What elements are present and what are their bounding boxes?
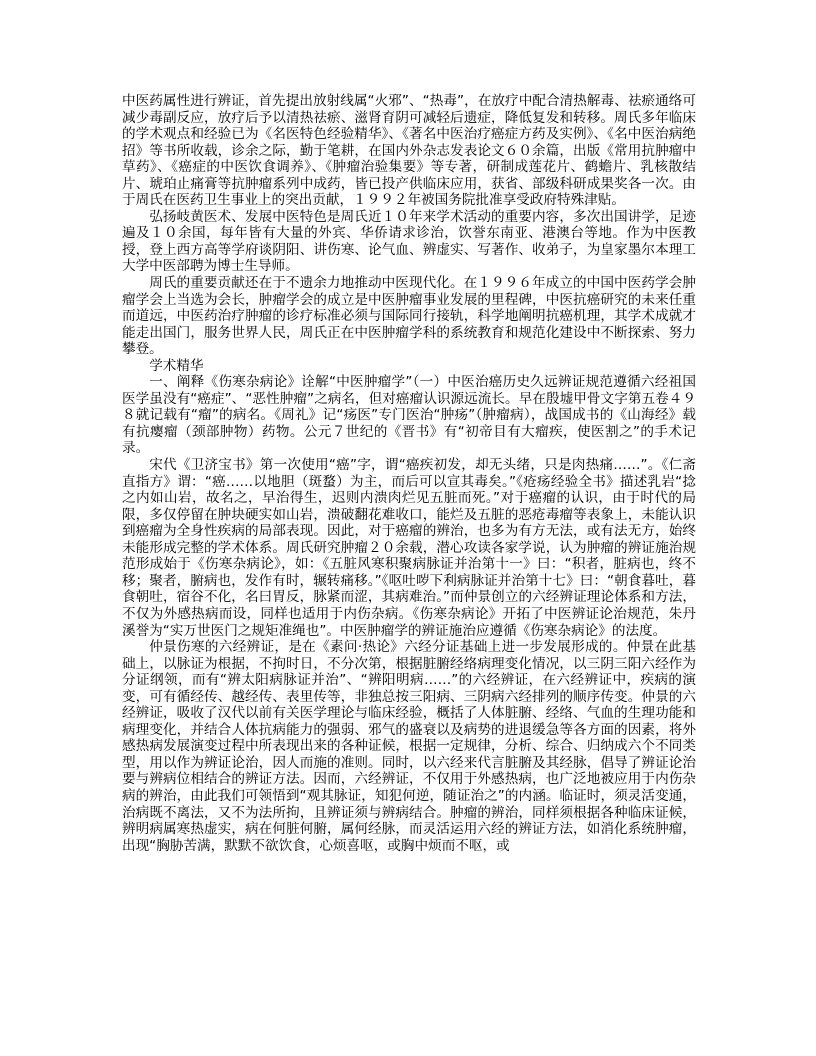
paragraph: 周氏的重要贡献还在于不遗余力地推动中医现代化。在１９９６年成立的中国中医药学会肿… [122,275,696,358]
paragraph: 学术精华 [122,358,696,375]
document-text-block: 中医药属性进行辨证，首先提出放射线属“火邪”、“热毒”，在放疗中配合清热解毒、祛… [122,93,696,854]
document-page: 中医药属性进行辨证，首先提出放射线属“火邪”、“热毒”，在放疗中配合清热解毒、祛… [0,0,816,1056]
paragraph: 宋代《卫济宝书》第一次使用“癌”字，谓“癌疾初发，却无头绪，只是肉热痛……”。《… [122,457,696,639]
paragraph: 一、阐释《伤寒杂病论》诠解“中医肿瘤学”（一）中医治癌历史久远辨证规范遵循六经祖… [122,374,696,457]
paragraph: 仲景伤寒的六经辨证，是在《素问·热论》六经分证基础上进一步发展形成的。仲景在此基… [122,639,696,854]
paragraph: 中医药属性进行辨证，首先提出放射线属“火邪”、“热毒”，在放疗中配合清热解毒、祛… [122,93,696,209]
paragraph: 弘扬岐黄医术、发展中医特色是周氏近１０年来学术活动的重要内容，多次出国讲学，足迹… [122,209,696,275]
